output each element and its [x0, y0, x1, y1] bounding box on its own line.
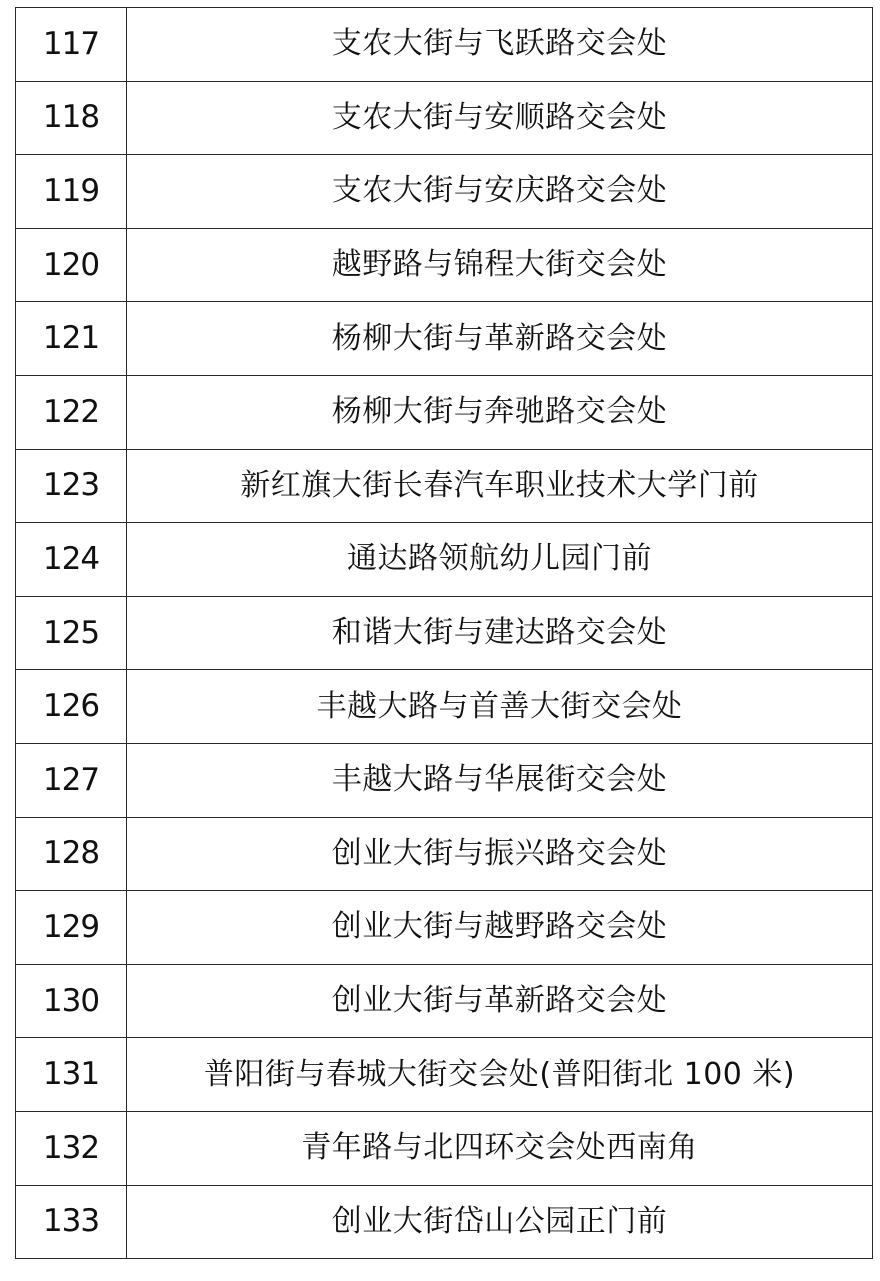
table-row: 117 支农大街与飞跃路交会处	[16, 8, 873, 82]
row-number: 120	[16, 228, 127, 302]
row-location: 丰越大路与华展街交会处	[127, 743, 873, 817]
row-location: 创业大街与革新路交会处	[127, 964, 873, 1038]
row-location: 创业大街与振兴路交会处	[127, 817, 873, 891]
row-location: 创业大街岱山公园正门前	[127, 1185, 873, 1259]
table-row: 119 支农大街与安庆路交会处	[16, 155, 873, 229]
table-row: 130 创业大街与革新路交会处	[16, 964, 873, 1038]
row-number: 118	[16, 81, 127, 155]
row-number: 133	[16, 1185, 127, 1259]
row-number: 123	[16, 449, 127, 523]
table-row: 121 杨柳大街与革新路交会处	[16, 302, 873, 376]
table-row: 128 创业大街与振兴路交会处	[16, 817, 873, 891]
row-number: 117	[16, 8, 127, 82]
row-location: 支农大街与飞跃路交会处	[127, 8, 873, 82]
row-location: 青年路与北四环交会处西南角	[127, 1111, 873, 1185]
table-row: 133 创业大街岱山公园正门前	[16, 1185, 873, 1259]
row-location: 杨柳大街与奔驰路交会处	[127, 375, 873, 449]
table-row: 120 越野路与锦程大街交会处	[16, 228, 873, 302]
row-location: 和谐大街与建达路交会处	[127, 596, 873, 670]
table-row: 125 和谐大街与建达路交会处	[16, 596, 873, 670]
row-number: 127	[16, 743, 127, 817]
table-row: 122 杨柳大街与奔驰路交会处	[16, 375, 873, 449]
row-location: 支农大街与安庆路交会处	[127, 155, 873, 229]
row-location: 创业大街与越野路交会处	[127, 891, 873, 965]
table-row: 129 创业大街与越野路交会处	[16, 891, 873, 965]
row-location: 支农大街与安顺路交会处	[127, 81, 873, 155]
row-location: 普阳街与春城大街交会处(普阳街北 100 米)	[127, 1038, 873, 1112]
row-number: 125	[16, 596, 127, 670]
row-number: 131	[16, 1038, 127, 1112]
locations-table: 117 支农大街与飞跃路交会处 118 支农大街与安顺路交会处 119 支农大街…	[15, 7, 873, 1259]
row-number: 128	[16, 817, 127, 891]
table-row: 127 丰越大路与华展街交会处	[16, 743, 873, 817]
table-row: 131 普阳街与春城大街交会处(普阳街北 100 米)	[16, 1038, 873, 1112]
row-number: 126	[16, 670, 127, 744]
row-number: 119	[16, 155, 127, 229]
row-location: 新红旗大街长春汽车职业技术大学门前	[127, 449, 873, 523]
table-row: 118 支农大街与安顺路交会处	[16, 81, 873, 155]
row-number: 129	[16, 891, 127, 965]
row-number: 122	[16, 375, 127, 449]
table-row: 126 丰越大路与首善大街交会处	[16, 670, 873, 744]
row-number: 132	[16, 1111, 127, 1185]
row-location: 丰越大路与首善大街交会处	[127, 670, 873, 744]
table-row: 124 通达路领航幼儿园门前	[16, 523, 873, 597]
row-number: 121	[16, 302, 127, 376]
row-number: 130	[16, 964, 127, 1038]
table-row: 123 新红旗大街长春汽车职业技术大学门前	[16, 449, 873, 523]
row-location: 通达路领航幼儿园门前	[127, 523, 873, 597]
row-location: 越野路与锦程大街交会处	[127, 228, 873, 302]
table-row: 132 青年路与北四环交会处西南角	[16, 1111, 873, 1185]
row-number: 124	[16, 523, 127, 597]
row-location: 杨柳大街与革新路交会处	[127, 302, 873, 376]
